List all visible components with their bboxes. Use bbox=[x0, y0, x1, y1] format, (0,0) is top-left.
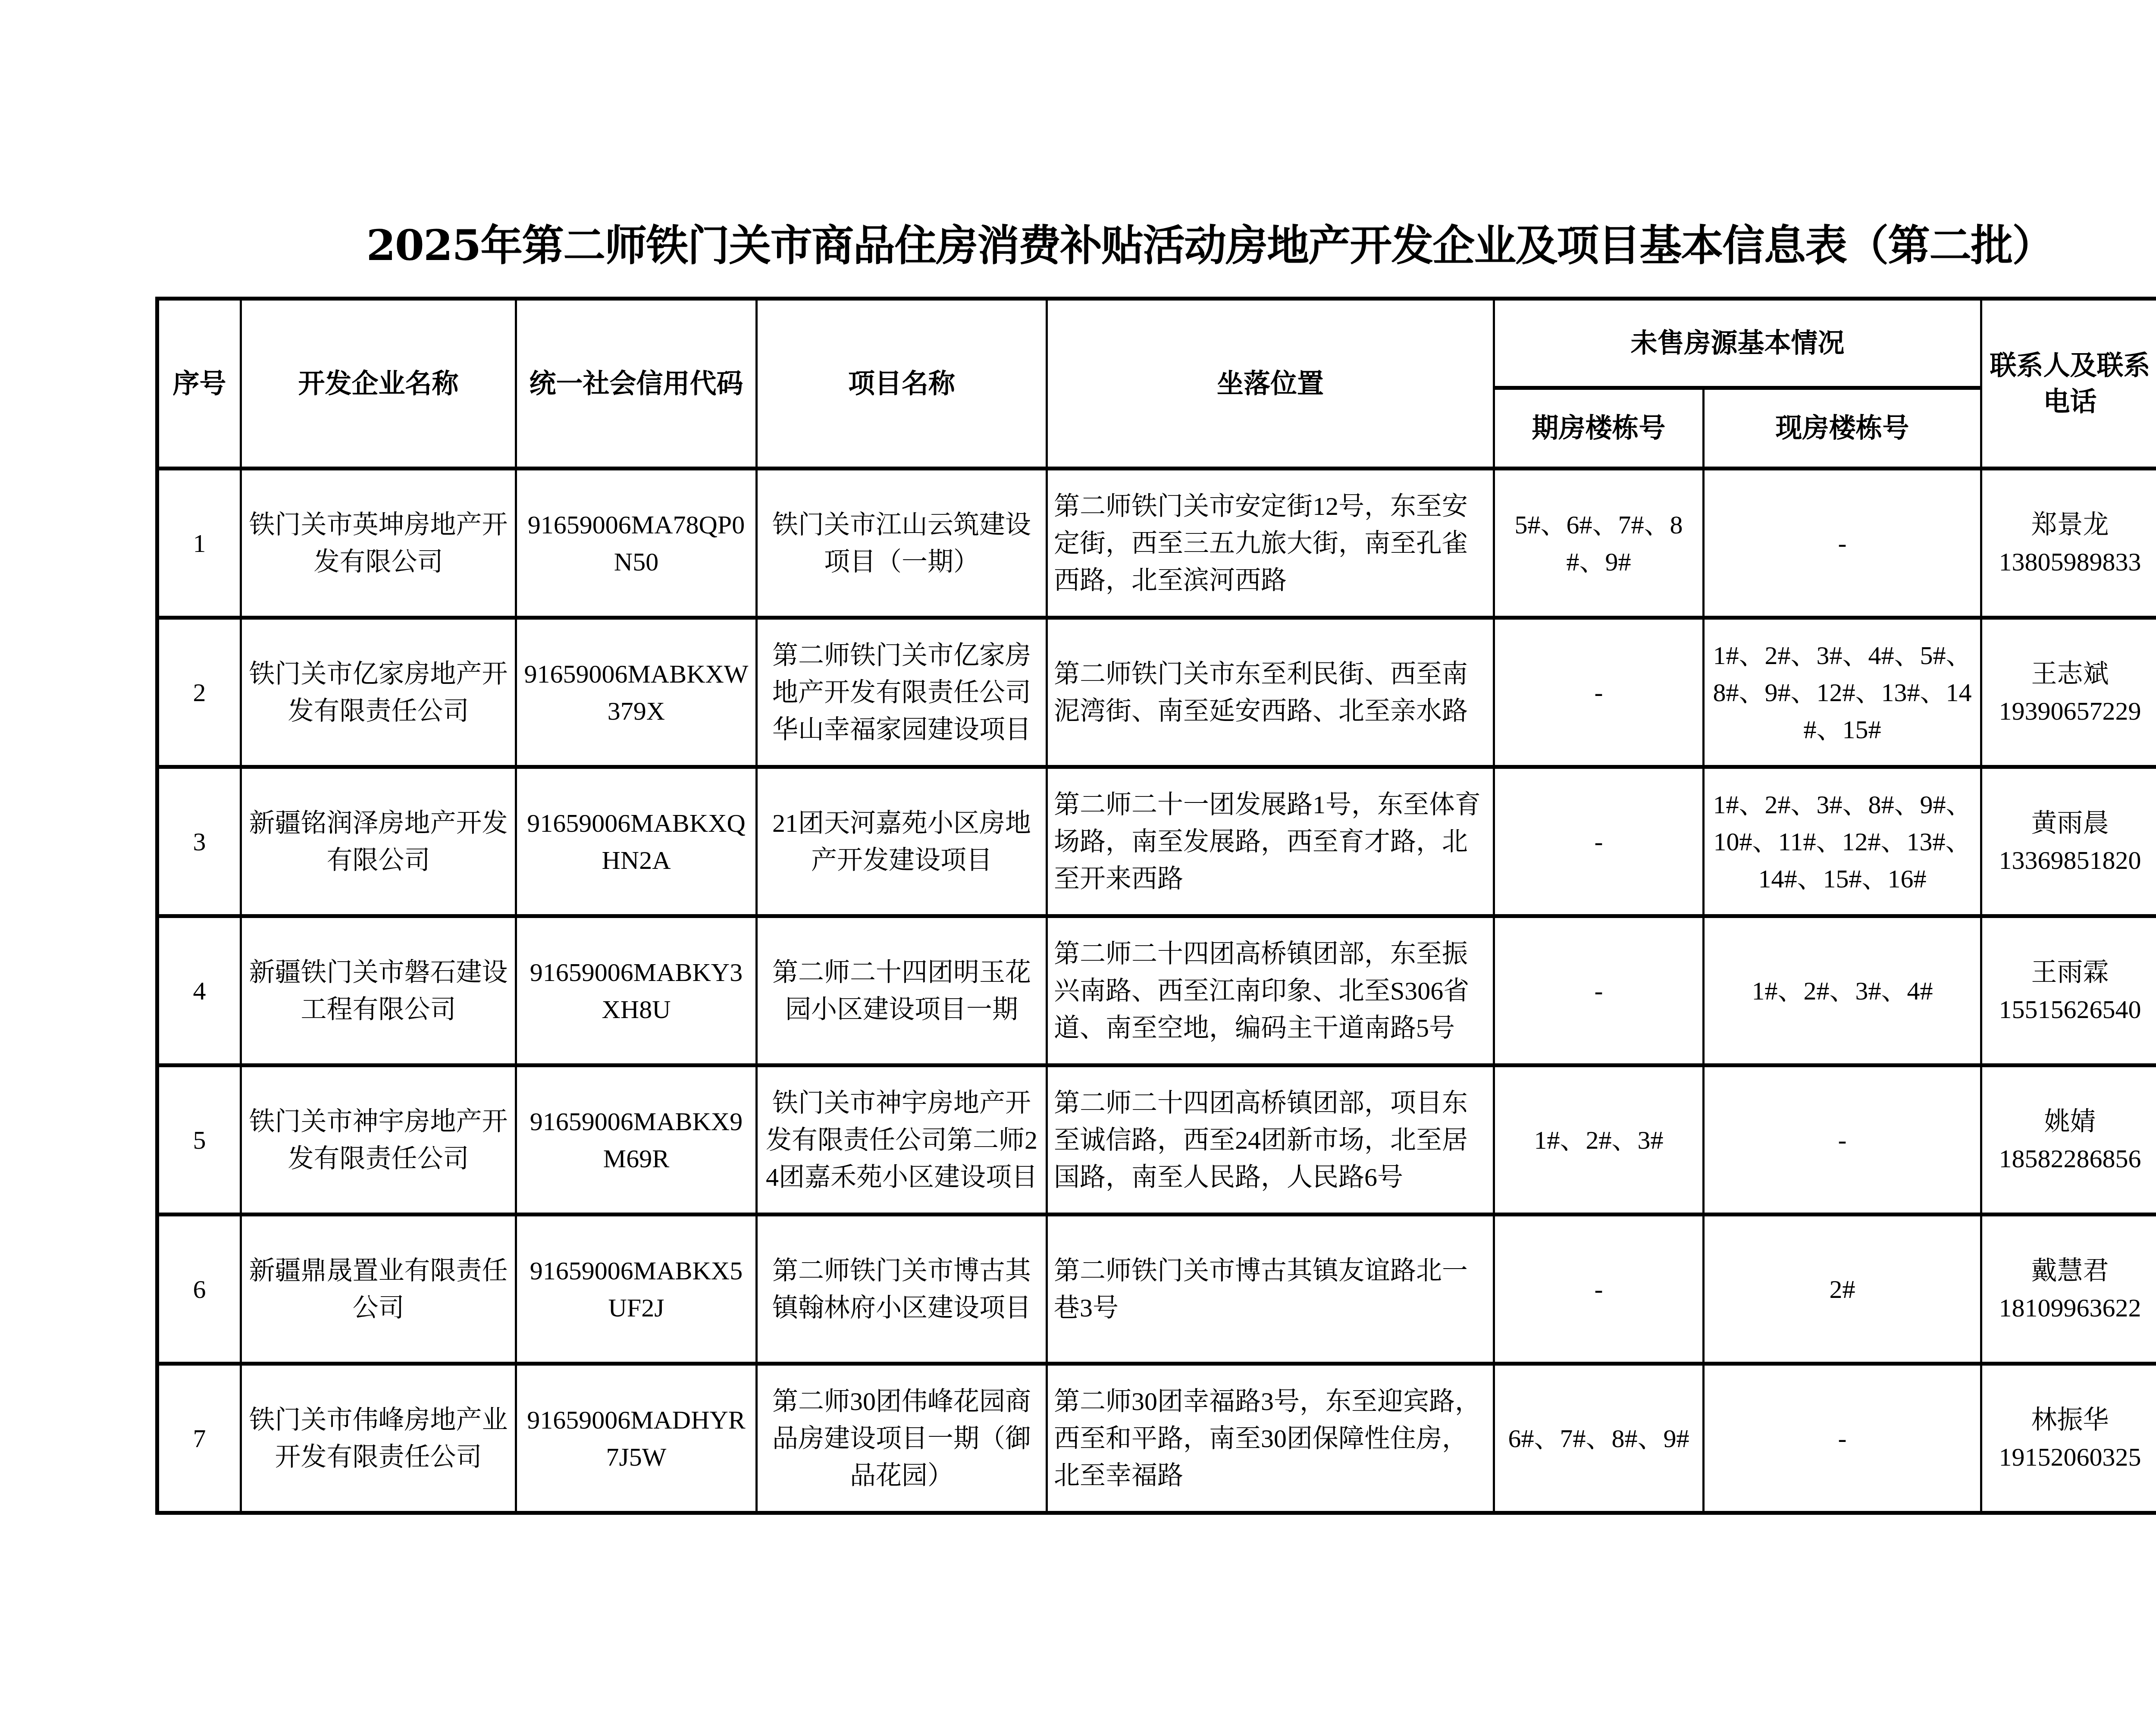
header-presale-buildings: 期房楼栋号 bbox=[1494, 388, 1704, 469]
cell-credit-code: 91659006MADHYR7J5W bbox=[516, 1364, 757, 1513]
cell-project: 第二师铁门关市亿家房地产开发有限责任公司华山幸福家园建设项目 bbox=[757, 618, 1047, 767]
table-row: 2 铁门关市亿家房地产开发有限责任公司 91659006MABKXW379X 第… bbox=[157, 618, 2156, 767]
cell-company: 铁门关市亿家房地产开发有限责任公司 bbox=[241, 618, 516, 767]
cell-presale-buildings: - bbox=[1494, 1215, 1704, 1364]
cell-project: 21团天河嘉苑小区房地产开发建设项目 bbox=[757, 767, 1047, 916]
header-project: 项目名称 bbox=[757, 299, 1047, 469]
cell-location: 第二师铁门关市安定街12号，东至安定街，西至三五九旅大街，南至孔雀西路，北至滨河… bbox=[1047, 469, 1494, 618]
contact-name: 林振华 bbox=[1988, 1401, 2152, 1438]
cell-existing-buildings: 1#、2#、3#、8#、9#、10#、11#、12#、13#、14#、15#、1… bbox=[1704, 767, 1981, 916]
cell-contact: 郑景龙 13805989833 bbox=[1981, 469, 2156, 618]
cell-seq: 4 bbox=[157, 916, 241, 1065]
cell-location: 第二师二十四团高桥镇团部，东至振兴南路、西至江南印象、北至S306省道、南至空地… bbox=[1047, 916, 1494, 1065]
header-seq: 序号 bbox=[157, 299, 241, 469]
contact-name: 郑景龙 bbox=[1988, 506, 2152, 543]
header-credit-code: 统一社会信用代码 bbox=[516, 299, 757, 469]
cell-seq: 5 bbox=[157, 1065, 241, 1215]
cell-location: 第二师30团幸福路3号，东至迎宾路，西至和平路，南至30团保障性住房，北至幸福路 bbox=[1047, 1364, 1494, 1513]
cell-presale-buildings: 1#、2#、3# bbox=[1494, 1065, 1704, 1215]
cell-existing-buildings: 1#、2#、3#、4# bbox=[1704, 916, 1981, 1065]
cell-project: 铁门关市神宇房地产开发有限责任公司第二师24团嘉禾苑小区建设项目 bbox=[757, 1065, 1047, 1215]
cell-seq: 7 bbox=[157, 1364, 241, 1513]
cell-contact: 戴慧君 18109963622 bbox=[1981, 1215, 2156, 1364]
cell-existing-buildings: 2# bbox=[1704, 1215, 1981, 1364]
cell-credit-code: 91659006MABKY3XH8U bbox=[516, 916, 757, 1065]
cell-project: 铁门关市江山云筑建设项目（一期） bbox=[757, 469, 1047, 618]
contact-name: 戴慧君 bbox=[1988, 1252, 2152, 1289]
cell-company: 新疆铭润泽房地产开发有限公司 bbox=[241, 767, 516, 916]
cell-contact: 王志斌 19390657229 bbox=[1981, 618, 2156, 767]
cell-presale-buildings: - bbox=[1494, 618, 1704, 767]
document-title: 2025年第二师铁门关市商品住房消费补贴活动房地产开发企业及项目基本信息表（第二… bbox=[0, 218, 2156, 274]
header-existing-buildings: 现房楼栋号 bbox=[1704, 388, 1981, 469]
cell-presale-buildings: - bbox=[1494, 767, 1704, 916]
contact-name: 王志斌 bbox=[1988, 655, 2152, 693]
cell-existing-buildings: 1#、2#、3#、4#、5#、8#、9#、12#、13#、14#、15# bbox=[1704, 618, 1981, 767]
cell-location: 第二师铁门关市东至利民街、西至南泥湾街、南至延安西路、北至亲水路 bbox=[1047, 618, 1494, 767]
cell-existing-buildings: - bbox=[1704, 1364, 1981, 1513]
cell-contact: 王雨霖 15515626540 bbox=[1981, 916, 2156, 1065]
cell-presale-buildings: 6#、7#、8#、9# bbox=[1494, 1364, 1704, 1513]
developer-project-table: 序号 开发企业名称 统一社会信用代码 项目名称 坐落位置 未售房源基本情况 联系… bbox=[155, 297, 2156, 1515]
cell-project: 第二师30团伟峰花园商品房建设项目一期（御品花园） bbox=[757, 1364, 1047, 1513]
table-row: 3 新疆铭润泽房地产开发有限公司 91659006MABKXQHN2A 21团天… bbox=[157, 767, 2156, 916]
cell-existing-buildings: - bbox=[1704, 469, 1981, 618]
cell-company: 铁门关市英坤房地产开发有限公司 bbox=[241, 469, 516, 618]
cell-contact: 姚婧 18582286856 bbox=[1981, 1065, 2156, 1215]
contact-phone: 18582286856 bbox=[1988, 1140, 2152, 1177]
cell-credit-code: 91659006MABKXQHN2A bbox=[516, 767, 757, 916]
table-row: 6 新疆鼎晟置业有限责任公司 91659006MABKX5UF2J 第二师铁门关… bbox=[157, 1215, 2156, 1364]
header-row: 序号 开发企业名称 统一社会信用代码 项目名称 坐落位置 未售房源基本情况 联系… bbox=[157, 299, 2156, 388]
cell-credit-code: 91659006MABKXW379X bbox=[516, 618, 757, 767]
contact-name: 姚婧 bbox=[1988, 1103, 2152, 1140]
header-unsold-group: 未售房源基本情况 bbox=[1494, 299, 1981, 388]
cell-seq: 2 bbox=[157, 618, 241, 767]
cell-seq: 1 bbox=[157, 469, 241, 618]
cell-contact: 黄雨晨 13369851820 bbox=[1981, 767, 2156, 916]
table-row: 1 铁门关市英坤房地产开发有限公司 91659006MA78QP0N50 铁门关… bbox=[157, 469, 2156, 618]
contact-name: 王雨霖 bbox=[1988, 954, 2152, 991]
cell-project: 第二师二十四团明玉花园小区建设项目一期 bbox=[757, 916, 1047, 1065]
cell-company: 新疆鼎晟置业有限责任公司 bbox=[241, 1215, 516, 1364]
cell-credit-code: 91659006MA78QP0N50 bbox=[516, 469, 757, 618]
cell-company: 铁门关市伟峰房地产业开发有限责任公司 bbox=[241, 1364, 516, 1513]
contact-phone: 18109963622 bbox=[1988, 1289, 2152, 1326]
cell-project: 第二师铁门关市博古其镇翰林府小区建设项目 bbox=[757, 1215, 1047, 1364]
table-row: 5 铁门关市神宇房地产开发有限责任公司 91659006MABKX9M69R 铁… bbox=[157, 1065, 2156, 1215]
cell-contact: 林振华 19152060325 bbox=[1981, 1364, 2156, 1513]
cell-presale-buildings: - bbox=[1494, 916, 1704, 1065]
contact-phone: 19390657229 bbox=[1988, 693, 2152, 730]
cell-existing-buildings: - bbox=[1704, 1065, 1981, 1215]
cell-credit-code: 91659006MABKX9M69R bbox=[516, 1065, 757, 1215]
table-row: 7 铁门关市伟峰房地产业开发有限责任公司 91659006MADHYR7J5W … bbox=[157, 1364, 2156, 1513]
cell-company: 新疆铁门关市磐石建设工程有限公司 bbox=[241, 916, 516, 1065]
cell-seq: 6 bbox=[157, 1215, 241, 1364]
cell-seq: 3 bbox=[157, 767, 241, 916]
cell-location: 第二师二十一团发展路1号，东至体育场路，南至发展路，西至育才路，北至开来西路 bbox=[1047, 767, 1494, 916]
contact-phone: 13805989833 bbox=[1988, 543, 2152, 580]
contact-phone: 13369851820 bbox=[1988, 842, 2152, 879]
contact-phone: 19152060325 bbox=[1988, 1438, 2152, 1476]
cell-presale-buildings: 5#、6#、7#、8#、9# bbox=[1494, 469, 1704, 618]
contact-phone: 15515626540 bbox=[1988, 991, 2152, 1028]
cell-location: 第二师铁门关市博古其镇友谊路北一巷3号 bbox=[1047, 1215, 1494, 1364]
cell-location: 第二师二十四团高桥镇团部，项目东至诚信路，西至24团新市场，北至居国路，南至人民… bbox=[1047, 1065, 1494, 1215]
header-company: 开发企业名称 bbox=[241, 299, 516, 469]
header-contact: 联系人及联系电话 bbox=[1981, 299, 2156, 469]
header-location: 坐落位置 bbox=[1047, 299, 1494, 469]
cell-credit-code: 91659006MABKX5UF2J bbox=[516, 1215, 757, 1364]
cell-company: 铁门关市神宇房地产开发有限责任公司 bbox=[241, 1065, 516, 1215]
table-row: 4 新疆铁门关市磐石建设工程有限公司 91659006MABKY3XH8U 第二… bbox=[157, 916, 2156, 1065]
contact-name: 黄雨晨 bbox=[1988, 805, 2152, 842]
